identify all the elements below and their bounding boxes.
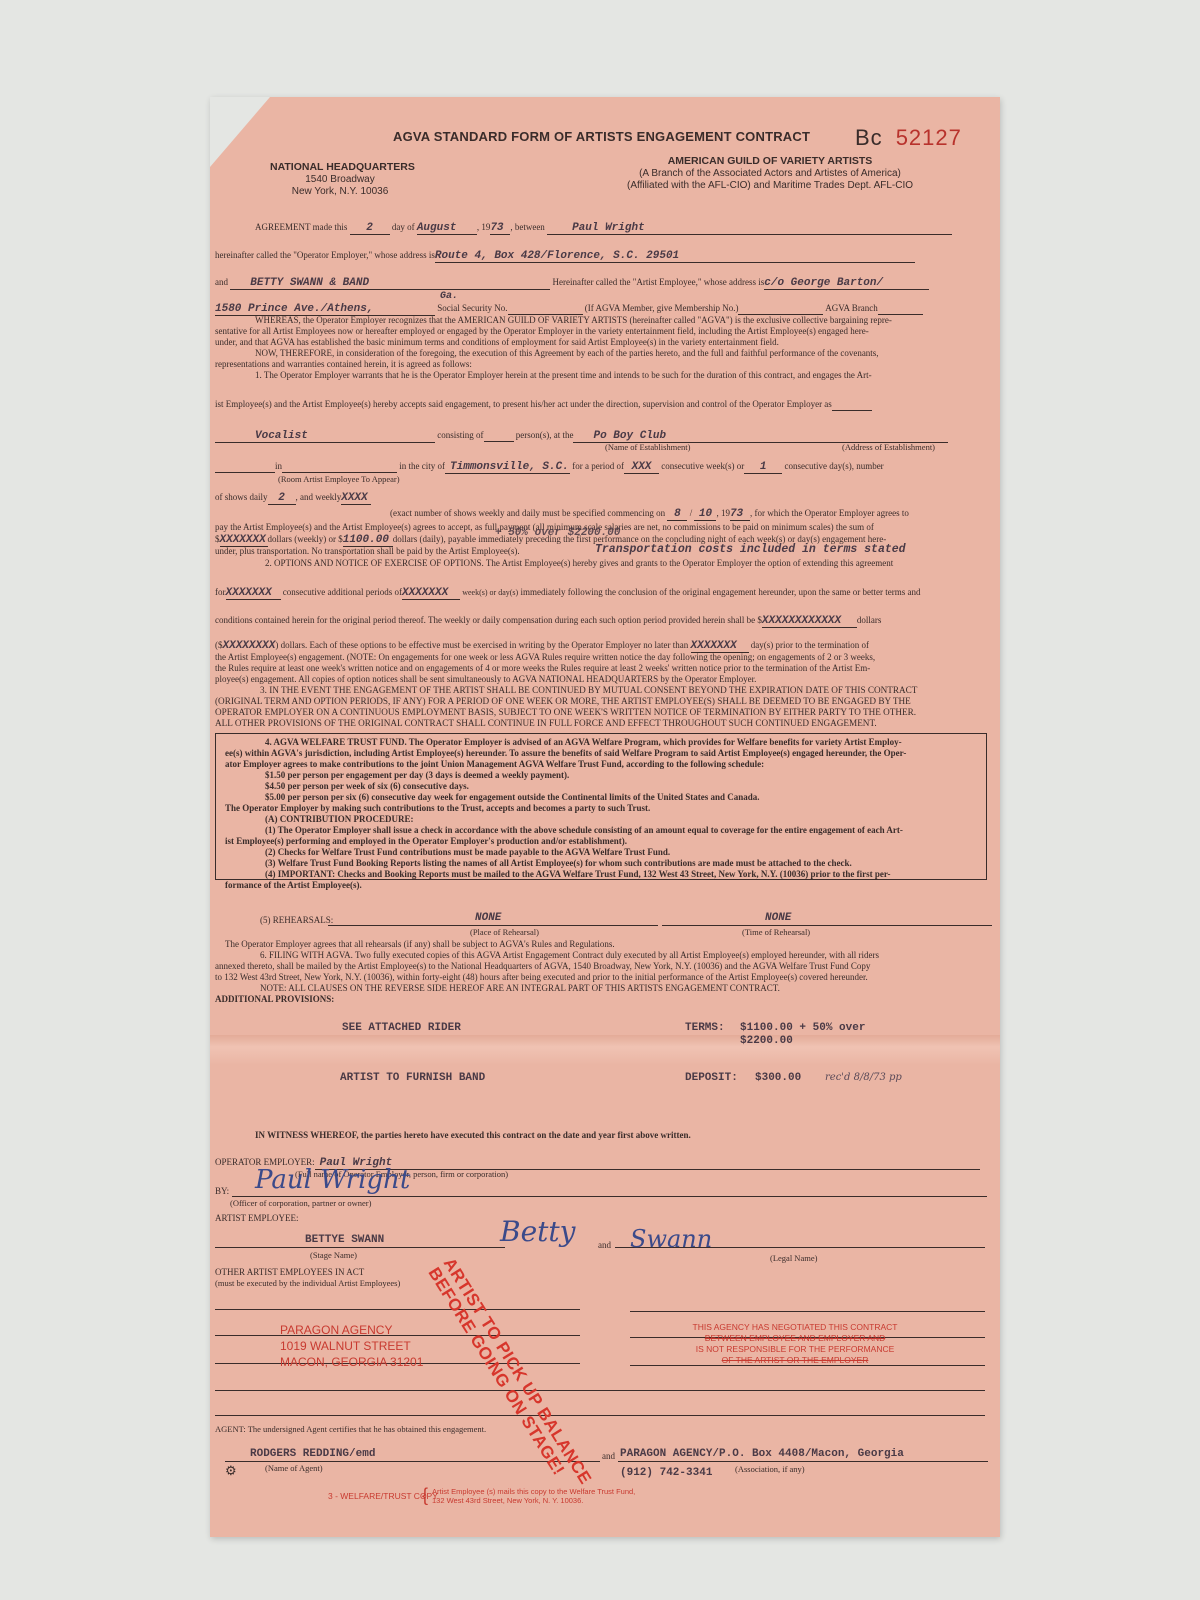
rehearsal-time-field[interactable]: NONE [765, 912, 791, 924]
agent-and-label: and [602, 1451, 615, 1462]
agreement-month-field[interactable]: August [417, 223, 477, 235]
terms-label: TERMS: [685, 1022, 725, 1034]
rehearsal-place-field[interactable]: NONE [475, 912, 501, 924]
deposit-handwritten-note: rec'd 8/8/73 pp [825, 1072, 902, 1083]
hq-city: New York, N.Y. 10036 [292, 186, 389, 197]
clause1-line1: ist Employee(s) and the Artist Employee(… [215, 399, 872, 411]
org-name: AMERICAN GUILD OF VARIETY ARTISTS [668, 155, 873, 167]
association-caption: (Association, if any) [735, 1464, 805, 1475]
clause1-line5: (exact number of shows weekly and daily … [390, 508, 909, 521]
serial-prefix: Bc [855, 125, 883, 150]
terms-value-1: $1100.00 + 50% over [740, 1022, 865, 1034]
terms-value-2: $2200.00 [740, 1035, 793, 1047]
option-comp-field[interactable]: XXXXXXXXXXXX [762, 616, 857, 628]
org-affiliation: (Affiliated with the AFL-CIO) and Mariti… [627, 180, 913, 191]
by-caption: (Officer of corporation, partner or owne… [230, 1198, 371, 1209]
clause1-line4: of shows daily2, and weeklyXXXX [215, 492, 371, 505]
days-field[interactable]: 1 [744, 462, 782, 474]
clause4: 4. AGVA WELFARE TRUST FUND. The Operator… [225, 737, 906, 891]
agent-name-caption: (Name of Agent) [265, 1463, 323, 1474]
hq-street: 1540 Broadway [305, 174, 375, 185]
clause2-note: the Artist Employee(s) engagement. (NOTE… [215, 652, 875, 685]
agent-phone: (912) 742-3341 [620, 1467, 712, 1479]
room-caption: (Room Artist Employee To Appear) [278, 474, 400, 485]
agreement-line-1: AGREEMENT made this 2 day of August, 197… [255, 222, 952, 235]
additional-provisions-label: ADDITIONAL PROVISIONS: [215, 994, 334, 1005]
clause1-transport-line: under, plus transportation. No transport… [215, 546, 520, 557]
membership-field[interactable] [738, 303, 823, 315]
artist-address-field-1[interactable]: c/o George Barton/ [764, 278, 929, 290]
and-label: and [598, 1240, 611, 1251]
operator-address-field[interactable]: Route 4, Box 428/Florence, S.C. 29501 [435, 251, 915, 263]
artist-state: Ga. [440, 291, 458, 302]
place-caption: (Place of Rehearsal) [470, 927, 539, 938]
stage-name-field[interactable]: BETTYE SWANN [305, 1234, 384, 1246]
shows-daily-field[interactable]: 2 [268, 493, 296, 505]
artist-signature-first[interactable]: Betty [500, 1215, 575, 1248]
clause2-heading: 2. OPTIONS AND NOTICE OF EXERCISE OF OPT… [265, 558, 893, 569]
stage-name-caption: (Stage Name) [310, 1250, 357, 1261]
agent-certification: AGENT: The undersigned Agent certifies t… [215, 1424, 486, 1435]
option-length-field[interactable]: XXXXXXX [402, 588, 460, 600]
ssn-field[interactable] [508, 303, 583, 315]
clause1-line3: in in the city ofTimmonsville, S.C. for … [215, 461, 884, 474]
transport-note: Transportation costs included in terms s… [595, 543, 906, 556]
agreement-day-field[interactable]: 2 [350, 223, 390, 235]
whereas-section: WHEREAS, the Operator Employer recognize… [215, 315, 995, 381]
other-artists-label: OTHER ARTIST EMPLOYEES IN ACT (must be e… [215, 1267, 400, 1289]
operator-name-field[interactable]: Paul Wright [547, 223, 952, 235]
option-periods-field[interactable]: XXXXXXX [226, 588, 281, 600]
start-year-field[interactable]: 73 [730, 509, 750, 521]
room-field[interactable] [282, 461, 397, 473]
shows-weekly-field[interactable]: XXXX [341, 493, 371, 505]
legal-name-caption: (Legal Name) [770, 1253, 817, 1264]
artist-signature-last[interactable]: Swann [630, 1225, 712, 1253]
org-info: AMERICAN GUILD OF VARIETY ARTISTS (A Bra… [605, 155, 935, 192]
act-field[interactable]: Vocalist [215, 431, 435, 443]
brace-icon: { [422, 1485, 428, 1506]
serial-digits: 52127 [896, 125, 962, 150]
agency-address-stamp: PARAGON AGENCY 1019 WALNUT STREET MACON,… [280, 1322, 423, 1370]
address-caption: (Address of Establishment) [842, 442, 935, 453]
establishment-caption: (Name of Establishment) [605, 442, 690, 453]
branch-field[interactable] [878, 303, 923, 315]
contract-title: AGVA STANDARD FORM OF ARTISTS ENGAGEMENT… [393, 129, 810, 144]
city-field[interactable]: Timmonsville, S.C. [445, 462, 570, 474]
artist-employee-label: ARTIST EMPLOYEE: [215, 1213, 299, 1224]
footer-instruction: Artist Employee (s) mails this copy to t… [432, 1487, 635, 1505]
agreement-line-3: and BETTY SWANN & BAND Hereinafter calle… [215, 277, 929, 290]
hq-address: NATIONAL HEADQUARTERS 1540 Broadway New … [270, 161, 410, 198]
contract-document: AGVA STANDARD FORM OF ARTISTS ENGAGEMENT… [210, 97, 1000, 1537]
paper-fold [210, 1035, 1000, 1065]
artist-name-field[interactable]: BETTY SWANN & BAND [230, 278, 550, 290]
serial-number: Bc 52127 [855, 125, 962, 151]
agent-association-field[interactable]: PARAGON AGENCY/P.O. Box 4408/Macon, Geor… [620, 1448, 904, 1460]
weeks-field[interactable]: XXX [624, 462, 659, 474]
clause2-line1: forXXXXXXX consecutive additional period… [215, 587, 920, 600]
clause1-line2: Vocalist consisting of person(s), at the… [215, 430, 948, 443]
option-comp-field-2[interactable]: XXXXXXXX [223, 640, 276, 652]
deposit-value: $300.00 [755, 1072, 801, 1084]
clause2-line2: conditions contained herein for the orig… [215, 615, 881, 628]
deposit-label: DEPOSIT: [685, 1072, 738, 1084]
agent-name-field[interactable]: RODGERS REDDING/emd [250, 1448, 375, 1460]
start-month-field[interactable]: 8 [667, 509, 687, 521]
time-caption: (Time of Rehearsal) [742, 927, 810, 938]
rehearsals-label: (5) REHEARSALS: [260, 915, 333, 926]
witness-statement: IN WITNESS WHEREOF, the parties hereto h… [255, 1130, 691, 1141]
rider-note: SEE ATTACHED RIDER [342, 1022, 461, 1034]
hq-label: NATIONAL HEADQUARTERS [270, 161, 415, 173]
band-note: ARTIST TO FURNISH BAND [340, 1072, 485, 1084]
persons-field[interactable] [484, 430, 514, 442]
start-day-field[interactable]: 10 [694, 509, 716, 521]
clause6: 6. FILING WITH AGVA. Two fully executed … [215, 950, 879, 994]
operator-signature[interactable]: Paul Wright [255, 1165, 410, 1195]
agreement-year-field[interactable]: 73 [490, 223, 510, 235]
agreement-line-2: hereinafter called the "Operator Employe… [215, 250, 915, 263]
clause3: 3. IN THE EVENT THE ENGAGEMENT OF THE AR… [215, 685, 917, 729]
rehearsals-rules: The Operator Employer agrees that all re… [225, 939, 615, 950]
by-label: BY: [215, 1186, 229, 1197]
org-branch: (A Branch of the Associated Actors and A… [639, 168, 901, 179]
union-bug-icon: ⚙ [225, 1463, 237, 1479]
agency-disclaimer-stamp: THIS AGENCY HAS NEGOTIATED THIS CONTRACT… [675, 1322, 915, 1366]
